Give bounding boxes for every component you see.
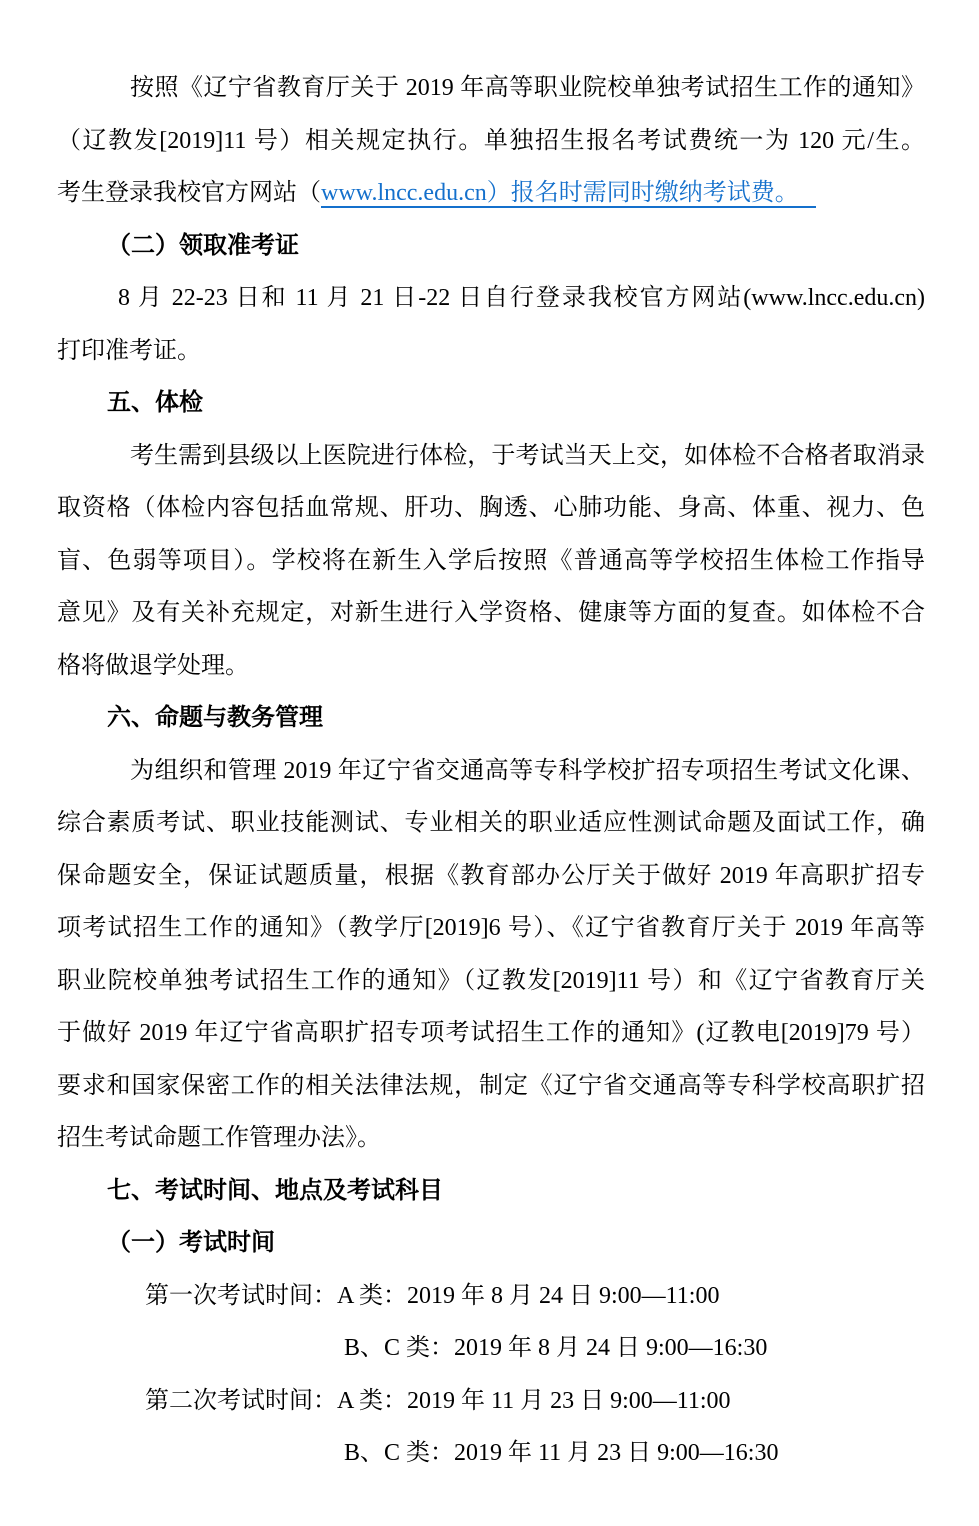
text-run: 项考试招生工作的通知》（教学厅[2019]6 号）、《辽宁省教育厅关于 2019… — [57, 915, 925, 941]
paragraph-line: 打印准考证。 — [57, 325, 925, 378]
text-run: 招生考试命题工作管理办法》。 — [57, 1125, 381, 1151]
paragraph-line: 职业院校单独考试招生工作的通知》（辽教发[2019]11 号）和《辽宁省教育厅关 — [57, 955, 925, 1008]
text-run: 保命题安全，保证试题质量，根据《教育部办公厅关于做好 2019 年高职扩招专 — [57, 863, 925, 889]
website-link[interactable]: www.lncc.edu.cn）报名时需同时缴纳考试费。 — [321, 180, 816, 208]
paragraph-line: 招生考试命题工作管理办法》。 — [57, 1112, 925, 1165]
paragraph-line: 考生登录我校官方网站（www.lncc.edu.cn）报名时需同时缴纳考试费。 — [57, 167, 925, 220]
paragraph-line: 要求和国家保密工作的相关法律法规，制定《辽宁省交通高等专科学校高职扩招 — [57, 1060, 925, 1113]
text-run: 职业院校单独考试招生工作的通知》（辽教发[2019]11 号）和《辽宁省教育厅关 — [57, 968, 925, 994]
text-run: 要求和国家保密工作的相关法律法规，制定《辽宁省交通高等专科学校高职扩招 — [57, 1073, 925, 1099]
paragraph-line: 8 月 22-23 日和 11 月 21 日-22 日自行登录我校官方网站(ww… — [57, 272, 925, 325]
text-run: 第二次考试时间：A 类：2019 年 11 月 23 日 9:00—11:00 — [145, 1388, 731, 1414]
document-page: 按照《辽宁省教育厅关于 2019 年高等职业院校单独考试招生工作的通知》（辽教发… — [0, 0, 979, 1526]
text-run: 意见》及有关补充规定，对新生进行入学资格、健康等方面的复查。如体检不合 — [57, 600, 925, 626]
text-run: B、C 类：2019 年 8 月 24 日 9:00—16:30 — [344, 1335, 767, 1361]
section-heading: （二）领取准考证 — [57, 220, 925, 273]
text-run: 格将做退学处理。 — [57, 653, 249, 679]
paragraph-line: 项考试招生工作的通知》（教学厅[2019]6 号）、《辽宁省教育厅关于 2019… — [57, 902, 925, 955]
heading-text: 七、考试时间、地点及考试科目 — [107, 1177, 443, 1204]
paragraph-line: 于做好 2019 年辽宁省高职扩招专项考试招生工作的通知》(辽教电[2019]7… — [57, 1007, 925, 1060]
paragraph-line: 考生需到县级以上医院进行体检，于考试当天上交，如体检不合格者取消录 — [57, 430, 925, 483]
text-run: 于做好 2019 年辽宁省高职扩招专项考试招生工作的通知》(辽教电[2019]7… — [57, 1020, 925, 1046]
text-run: 为组织和管理 2019 年辽宁省交通高等专科学校扩招专项招生考试文化课、 — [130, 758, 925, 784]
section-heading: 六、命题与教务管理 — [57, 692, 925, 745]
document-body: 按照《辽宁省教育厅关于 2019 年高等职业院校单独考试招生工作的通知》（辽教发… — [57, 62, 925, 1480]
exam-time-line: 第一次考试时间：A 类：2019 年 8 月 24 日 9:00—11:00 — [57, 1270, 925, 1323]
text-run: 取资格（体检内容包括血常规、肝功、胸透、心肺功能、身高、体重、视力、色 — [57, 495, 925, 521]
paragraph-line: 格将做退学处理。 — [57, 640, 925, 693]
section-heading: 五、体检 — [57, 377, 925, 430]
heading-text: （二）领取准考证 — [107, 232, 299, 259]
section-heading: （一）考试时间 — [57, 1217, 925, 1270]
text-run: 8 月 22-23 日和 11 月 21 日-22 日自行登录我校官方网站(ww… — [118, 285, 925, 311]
text-run: （辽教发[2019]11 号）相关规定执行。单独招生报名考试费统一为 120 元… — [57, 128, 925, 154]
exam-time-line: B、C 类：2019 年 11 月 23 日 9:00—16:30 — [57, 1427, 925, 1480]
text-run: 打印准考证。 — [57, 338, 201, 364]
text-run: 盲、色弱等项目）。学校将在新生入学后按照《普通高等学校招生体检工作指导 — [57, 548, 925, 574]
text-run: B、C 类：2019 年 11 月 23 日 9:00—16:30 — [344, 1440, 778, 1466]
text-run: 按照《辽宁省教育厅关于 2019 年高等职业院校单独考试招生工作的通知》 — [130, 75, 925, 101]
text-run: 考生登录我校官方网站（ — [57, 180, 321, 206]
section-heading: 七、考试时间、地点及考试科目 — [57, 1165, 925, 1218]
paragraph-line: 意见》及有关补充规定，对新生进行入学资格、健康等方面的复查。如体检不合 — [57, 587, 925, 640]
heading-text: 六、命题与教务管理 — [107, 704, 323, 731]
exam-time-line: B、C 类：2019 年 8 月 24 日 9:00—16:30 — [57, 1322, 925, 1375]
heading-text: 五、体检 — [107, 389, 203, 416]
paragraph-line: （辽教发[2019]11 号）相关规定执行。单独招生报名考试费统一为 120 元… — [57, 115, 925, 168]
paragraph-line: 盲、色弱等项目）。学校将在新生入学后按照《普通高等学校招生体检工作指导 — [57, 535, 925, 588]
paragraph-line: 取资格（体检内容包括血常规、肝功、胸透、心肺功能、身高、体重、视力、色 — [57, 482, 925, 535]
exam-time-line: 第二次考试时间：A 类：2019 年 11 月 23 日 9:00—11:00 — [57, 1375, 925, 1428]
text-run: 第一次考试时间：A 类：2019 年 8 月 24 日 9:00—11:00 — [145, 1283, 719, 1309]
text-run: 综合素质考试、职业技能测试、专业相关的职业适应性测试命题及面试工作，确 — [57, 810, 925, 836]
paragraph-line: 为组织和管理 2019 年辽宁省交通高等专科学校扩招专项招生考试文化课、 — [57, 745, 925, 798]
paragraph-line: 保命题安全，保证试题质量，根据《教育部办公厅关于做好 2019 年高职扩招专 — [57, 850, 925, 903]
paragraph-line: 综合素质考试、职业技能测试、专业相关的职业适应性测试命题及面试工作，确 — [57, 797, 925, 850]
paragraph-line: 按照《辽宁省教育厅关于 2019 年高等职业院校单独考试招生工作的通知》 — [57, 62, 925, 115]
text-run: 考生需到县级以上医院进行体检，于考试当天上交，如体检不合格者取消录 — [130, 443, 925, 469]
heading-text: （一）考试时间 — [107, 1229, 275, 1256]
